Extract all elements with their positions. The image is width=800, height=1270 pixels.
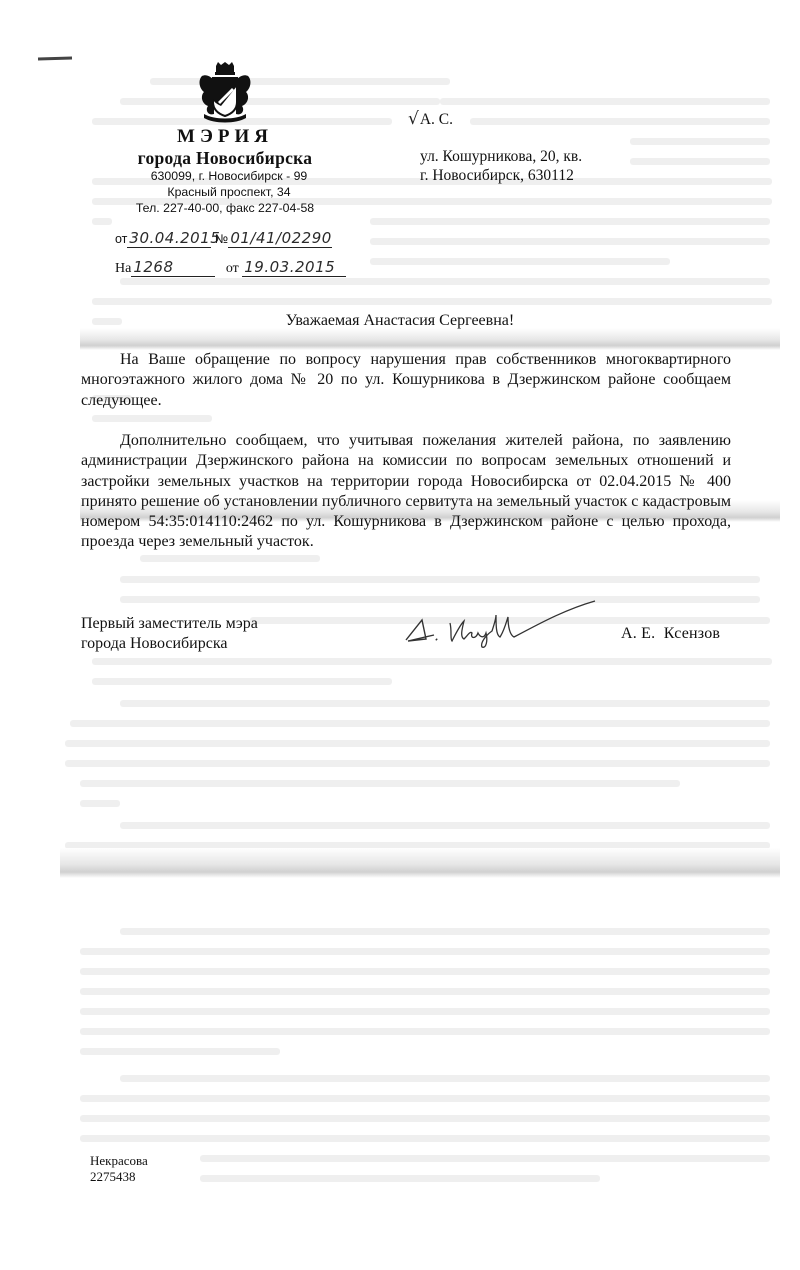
letterhead: МЭРИЯ города Новосибирска 630099, г. Нов… xyxy=(100,62,350,216)
incoming-date-value: 19.03.2015 xyxy=(242,258,346,277)
body-paragraph-2: Дополнительно сообщаем, что учитывая пож… xyxy=(81,431,731,553)
signatory-title-line-1: Первый заместитель мэра xyxy=(81,614,258,634)
outgoing-date-value: 30.04.2015 xyxy=(127,229,211,248)
signatory-title-line-2: города Новосибирска xyxy=(81,634,258,654)
salutation: Уважаемая Анастасия Сергеевна! xyxy=(0,312,800,330)
addressee-name: А. С. xyxy=(420,111,453,128)
incoming-number-value: 1268 xyxy=(131,258,215,277)
signatory-title: Первый заместитель мэра города Новосибир… xyxy=(81,614,258,654)
street-address: Красный проспект, 34 xyxy=(100,184,350,200)
incoming-reference: На1268 от 19.03.2015 xyxy=(115,258,346,277)
outgoing-date-label: от xyxy=(115,232,127,246)
addressee-city: г. Новосибирск, 630112 xyxy=(420,166,582,185)
executor-phone: 2275438 xyxy=(90,1169,148,1185)
outgoing-number-value: 01/41/02290 xyxy=(228,229,332,248)
handwritten-signature-icon xyxy=(400,595,605,650)
outgoing-number-label: № xyxy=(215,232,228,246)
coat-of-arms-icon xyxy=(196,62,254,126)
addressee-block: √А. С. ул. Кошурникова, 20, кв. г. Новос… xyxy=(420,110,582,185)
body-paragraph-1: На Ваше обращение по вопросу нарушения п… xyxy=(81,350,731,411)
addressee-street: ул. Кошурникова, 20, кв. xyxy=(420,147,582,166)
executor-block: Некрасова 2275438 xyxy=(90,1153,148,1185)
outgoing-reference: от30.04.2015 №01/41/02290 xyxy=(115,229,332,248)
signatory-name: А. Е. Ксензов xyxy=(621,625,720,643)
check-mark-icon: √ xyxy=(408,109,419,129)
executor-name: Некрасова xyxy=(90,1153,148,1169)
scan-margin-mark xyxy=(38,57,72,61)
incoming-date-label: от xyxy=(226,261,239,276)
organization-city: города Новосибирска xyxy=(100,148,350,168)
postal-address: 630099, г. Новосибирск - 99 xyxy=(100,168,350,184)
incoming-number-label: На xyxy=(115,261,131,276)
phone-fax: Тел. 227-40-00, факс 227-04-58 xyxy=(100,200,350,216)
organization-name: МЭРИЯ xyxy=(100,126,350,148)
addressee-name-line: √А. С. xyxy=(408,110,582,129)
